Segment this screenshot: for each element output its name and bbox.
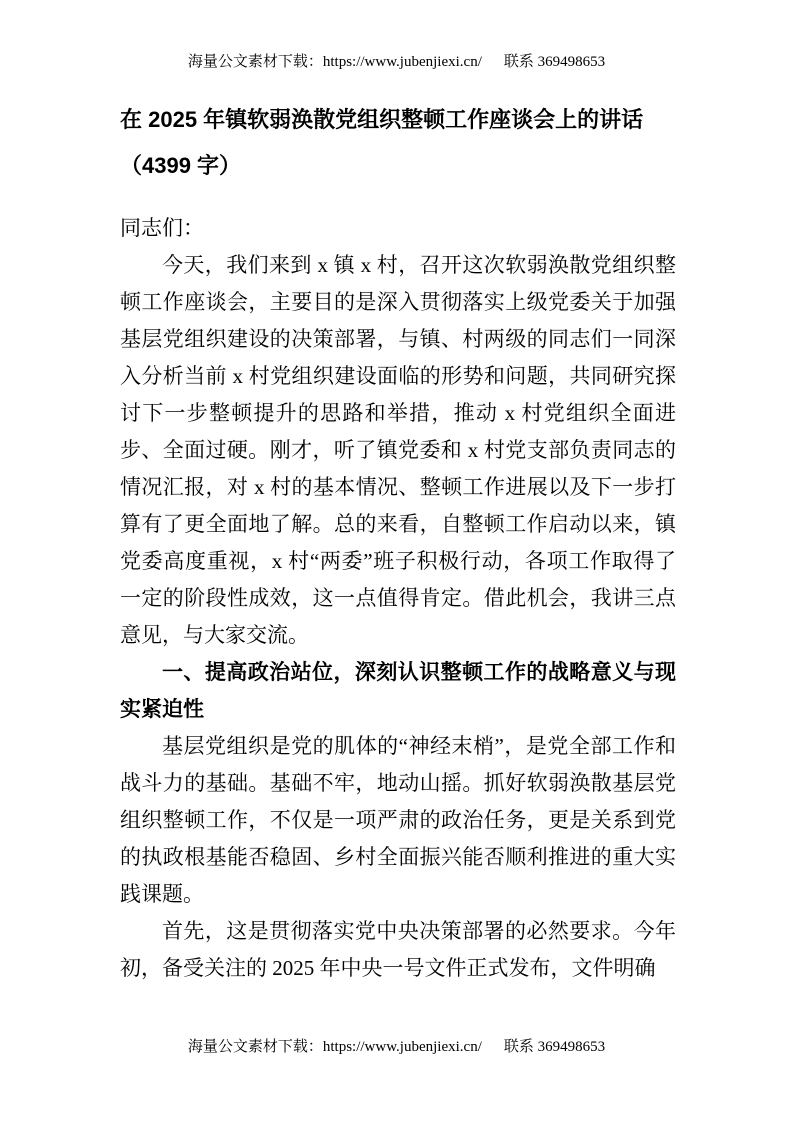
document-page: 海量公文素材下载：https://www.jubenjiexi.cn/联系 36…	[0, 0, 793, 1122]
paragraphs: 同志们：今天，我们来到 x 镇 x 村，召开这次软弱涣散党组织整顿工作座谈会，主…	[120, 210, 676, 987]
paragraph: 今天，我们来到 x 镇 x 村，召开这次软弱涣散党组织整顿工作座谈会，主要目的是…	[120, 247, 676, 654]
paragraph: 首先，这是贯彻落实党中央决策部署的必然要求。今年初，备受关注的 2025 年中央…	[120, 913, 676, 987]
footer-download-label: 海量公文素材下载：	[188, 1039, 323, 1055]
page-title: 在 2025 年镇软弱涣散党组织整顿工作座谈会上的讲话（4399 字）	[120, 97, 676, 189]
header-download-label: 海量公文素材下载：	[188, 54, 323, 70]
footer-url: https://www.jubenjiexi.cn/	[323, 1039, 482, 1055]
page-header: 海量公文素材下载：https://www.jubenjiexi.cn/联系 36…	[0, 52, 793, 72]
paragraph: 同志们：	[120, 210, 676, 247]
header-contact: 联系 369498653	[504, 54, 605, 70]
footer-contact: 联系 369498653	[504, 1039, 605, 1055]
document-body: 在 2025 年镇软弱涣散党组织整顿工作座谈会上的讲话（4399 字） 同志们：…	[120, 97, 676, 987]
paragraph: 基层党组织是党的肌体的“神经末梢”，是党全部工作和战斗力的基础。基础不牢，地动山…	[120, 728, 676, 913]
header-url: https://www.jubenjiexi.cn/	[323, 54, 482, 70]
section-heading: 一、提高政治站位，深刻认识整顿工作的战略意义与现实紧迫性	[120, 654, 676, 728]
page-footer: 海量公文素材下载：https://www.jubenjiexi.cn/联系 36…	[0, 1037, 793, 1057]
